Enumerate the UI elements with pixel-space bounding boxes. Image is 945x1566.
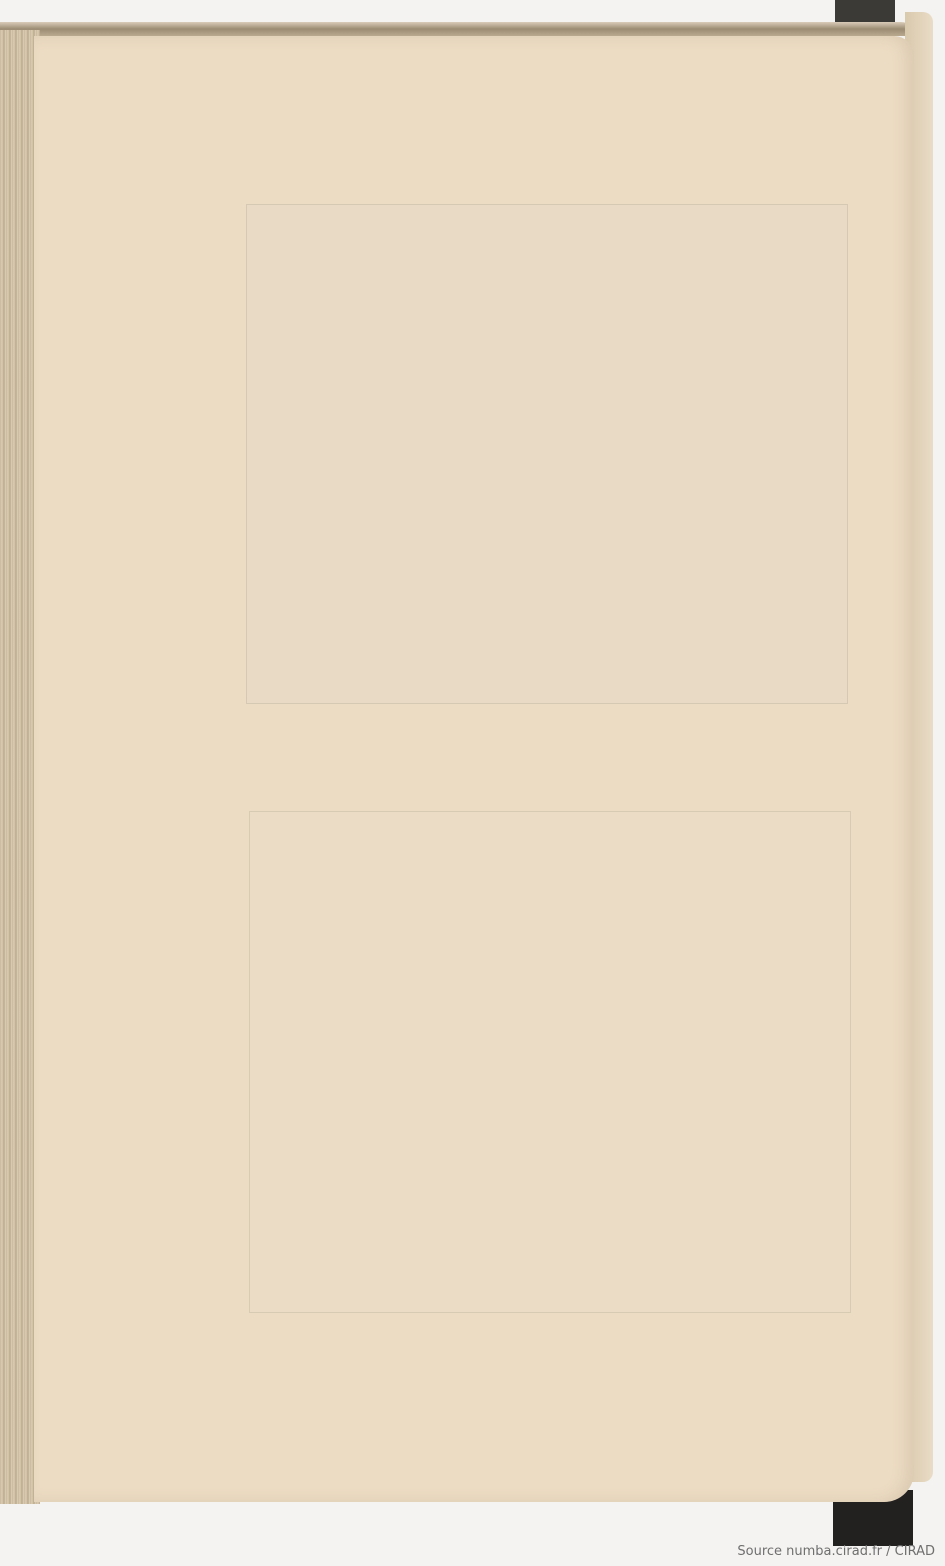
show-through-plate-top <box>246 204 848 704</box>
cover-top-edge <box>0 22 915 36</box>
source-caption: Source numba.cirad.fr / CIRAD <box>737 1544 935 1559</box>
book-page <box>34 36 914 1502</box>
show-through-plate-bottom <box>249 811 851 1313</box>
